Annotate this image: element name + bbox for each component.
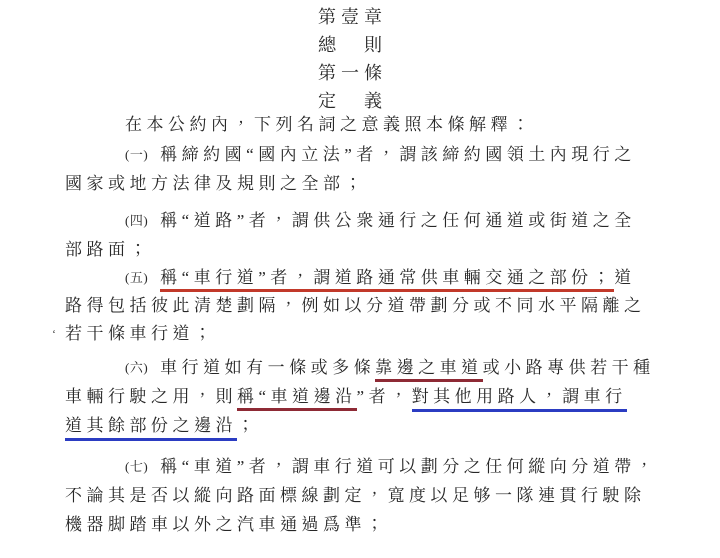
item-marker: (一) — [125, 145, 148, 165]
definition-item-7-line-1: (七)稱“車道”者，謂車行道可以劃分之任何縱向分道帶， — [125, 457, 657, 478]
intro-line: 在本公約內，下列名詞之意義照本條解釋： — [125, 115, 534, 135]
item-text: 稱“道路”者，謂供公衆通行之任何通道或街道之全 — [160, 211, 636, 230]
stray-mark: ‘ — [52, 324, 56, 344]
red-underlined-text: 靠邊之車道 — [375, 358, 483, 382]
article-title: 定 義 — [318, 91, 387, 111]
item-marker: (六) — [125, 358, 148, 378]
article-number: 第一條 — [318, 63, 387, 83]
red-underlined-text: 稱“車道邊沿 — [237, 387, 357, 411]
item-text: 稱“車道”者，謂車行道可以劃分之任何縱向分道帶， — [160, 457, 657, 476]
definition-item-5-line-2: 路得包括彼此清楚劃隔，例如以分道帶劃分或不同水平隔離之 — [65, 296, 646, 316]
definition-item-1-line-1: (一)稱締約國“國內立法”者，謂該締約國領土內現行之 — [125, 145, 636, 166]
item-text: 車行道如有一條或多條 — [160, 358, 375, 377]
item-text: ”者， — [357, 387, 412, 406]
blue-underlined-text: 對其他用路人，謂車行 — [412, 387, 627, 412]
item-text: 車輛行駛之用，則 — [65, 387, 237, 406]
definition-item-4-line-2: 部路面； — [65, 240, 151, 260]
item-marker: (七) — [125, 457, 148, 477]
definition-item-7-line-3: 機器脚踏車以外之汽車通過爲準； — [65, 515, 388, 535]
definition-item-6-line-3: 道其餘部份之邊沿； — [65, 416, 259, 436]
definition-item-7-line-2: 不論其是否以縱向路面標線劃定，寬度以足够一隊連貫行駛除 — [65, 486, 646, 506]
definition-item-6-line-1: (六)車行道如有一條或多條靠邊之車道或小路專供若干種 — [125, 358, 655, 379]
item-marker: (四) — [125, 211, 148, 231]
definition-item-5-line-3: 若干條車行道； — [65, 324, 216, 344]
chapter-number: 第壹章 — [318, 7, 387, 27]
item-text: 或小路專供若干種 — [483, 358, 655, 377]
definition-item-4-line-1: (四)稱“道路”者，謂供公衆通行之任何通道或街道之全 — [125, 211, 636, 232]
item-text: ； — [237, 416, 259, 435]
blue-underlined-text: 道其餘部份之邊沿 — [65, 416, 237, 441]
definition-item-1-line-2: 國家或地方法律及規則之全部； — [65, 174, 366, 194]
chapter-title: 總 則 — [318, 35, 387, 55]
definition-item-5-line-1: (五)稱“車行道”者，謂道路通常供車輛交通之部份；道 — [125, 268, 636, 289]
item-text: 道 — [614, 268, 636, 287]
document-page: 第壹章 總 則 第一條 定 義 在本公約內，下列名詞之意義照本條解釋： (一)稱… — [0, 0, 720, 558]
red-underlined-text: 稱“車行道”者，謂道路通常供車輛交通之部份； — [160, 268, 614, 292]
item-text: 稱締約國“國內立法”者，謂該締約國領土內現行之 — [160, 145, 636, 164]
definition-item-6-line-2: 車輛行駛之用，則稱“車道邊沿”者，對其他用路人，謂車行 — [65, 387, 627, 407]
item-marker: (五) — [125, 268, 148, 288]
